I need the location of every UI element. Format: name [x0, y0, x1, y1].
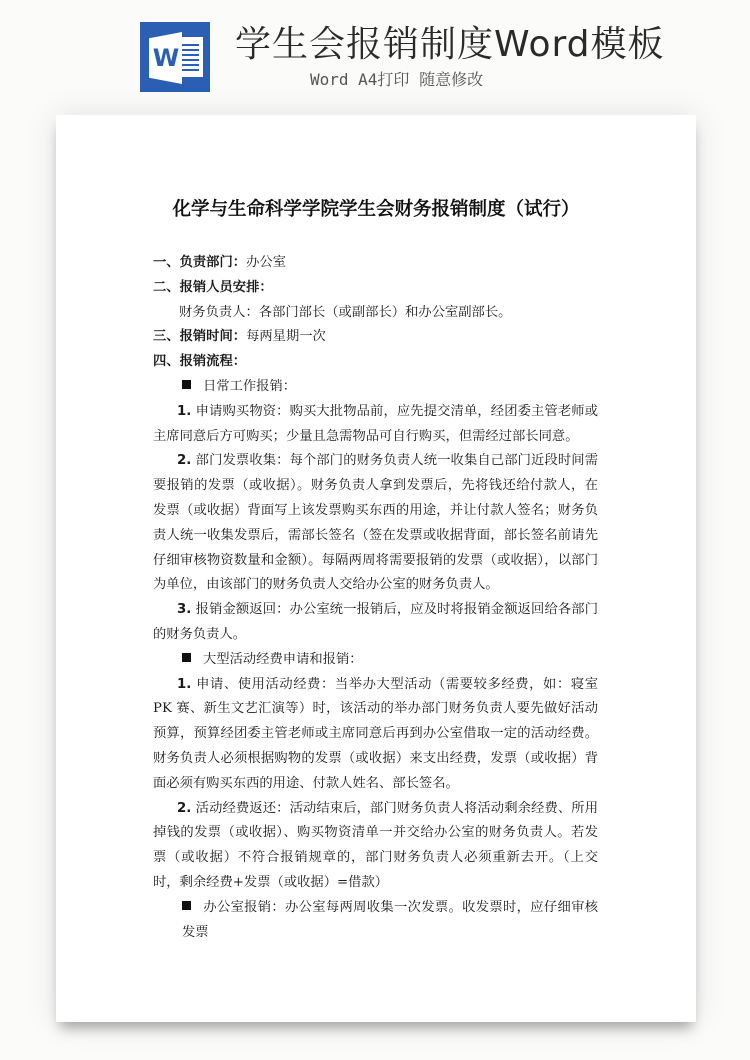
bullet-daily-reimbursement: 日常工作报销： [153, 375, 598, 400]
word-icon: W [140, 22, 210, 92]
list-item: 2. 部门发票收集：每个部门的财务负责人统一收集自己部门近段时间需要报销的发票（… [153, 449, 598, 598]
square-bullet-icon [182, 653, 191, 662]
document-page: 化学与生命科学学院学生会财务报销制度（试行） 一、负责部门：办公室 二、报销人员… [56, 115, 696, 1022]
banner-title: 学生会报销制度Word模板 [235, 20, 665, 70]
document-body: 一、负责部门：办公室 二、报销人员安排： 财务负责人：各部门部长（或副部长）和办… [153, 251, 598, 945]
list-item: 3. 报销金额返回：办公室统一报销后，应及时将报销金额返回给各部门的财务负责人。 [153, 598, 598, 648]
bullet-large-event: 大型活动经费申请和报销： [153, 648, 598, 673]
section-time: 三、报销时间：每两星期一次 [153, 325, 598, 350]
square-bullet-icon [182, 901, 191, 910]
word-letter: W [152, 44, 180, 72]
template-banner: W 学生会报销制度Word模板 Word A4打印 随意修改 [0, 0, 750, 110]
list-item: 1. 申请、使用活动经费：当举办大型活动（需要较多经费，如：寝室 PK 赛、新生… [153, 673, 598, 797]
banner-subtitle: Word A4打印 随意修改 [310, 69, 483, 91]
bullet-office-reimbursement: 办公室报销：办公室每两周收集一次发票。收发票时，应仔细审核发票 [153, 896, 598, 946]
square-bullet-icon [182, 380, 191, 389]
document-title: 化学与生命科学学院学生会财务报销制度（试行） [56, 197, 696, 223]
section-staff-detail: 财务负责人：各部门部长（或副部长）和办公室副部长。 [153, 301, 598, 326]
list-item: 2. 活动经费返还：活动结束后，部门财务负责人将活动剩余经费、所用掉钱的发票（或… [153, 797, 598, 896]
section-process: 四、报销流程： [153, 350, 598, 375]
list-item: 1. 申请购买物资：购买大批物品前，应先提交清单，经团委主管老师或主席同意后方可… [153, 400, 598, 450]
section-responsible-dept: 一、负责部门：办公室 [153, 251, 598, 276]
section-staff-arrangement: 二、报销人员安排： [153, 276, 598, 301]
